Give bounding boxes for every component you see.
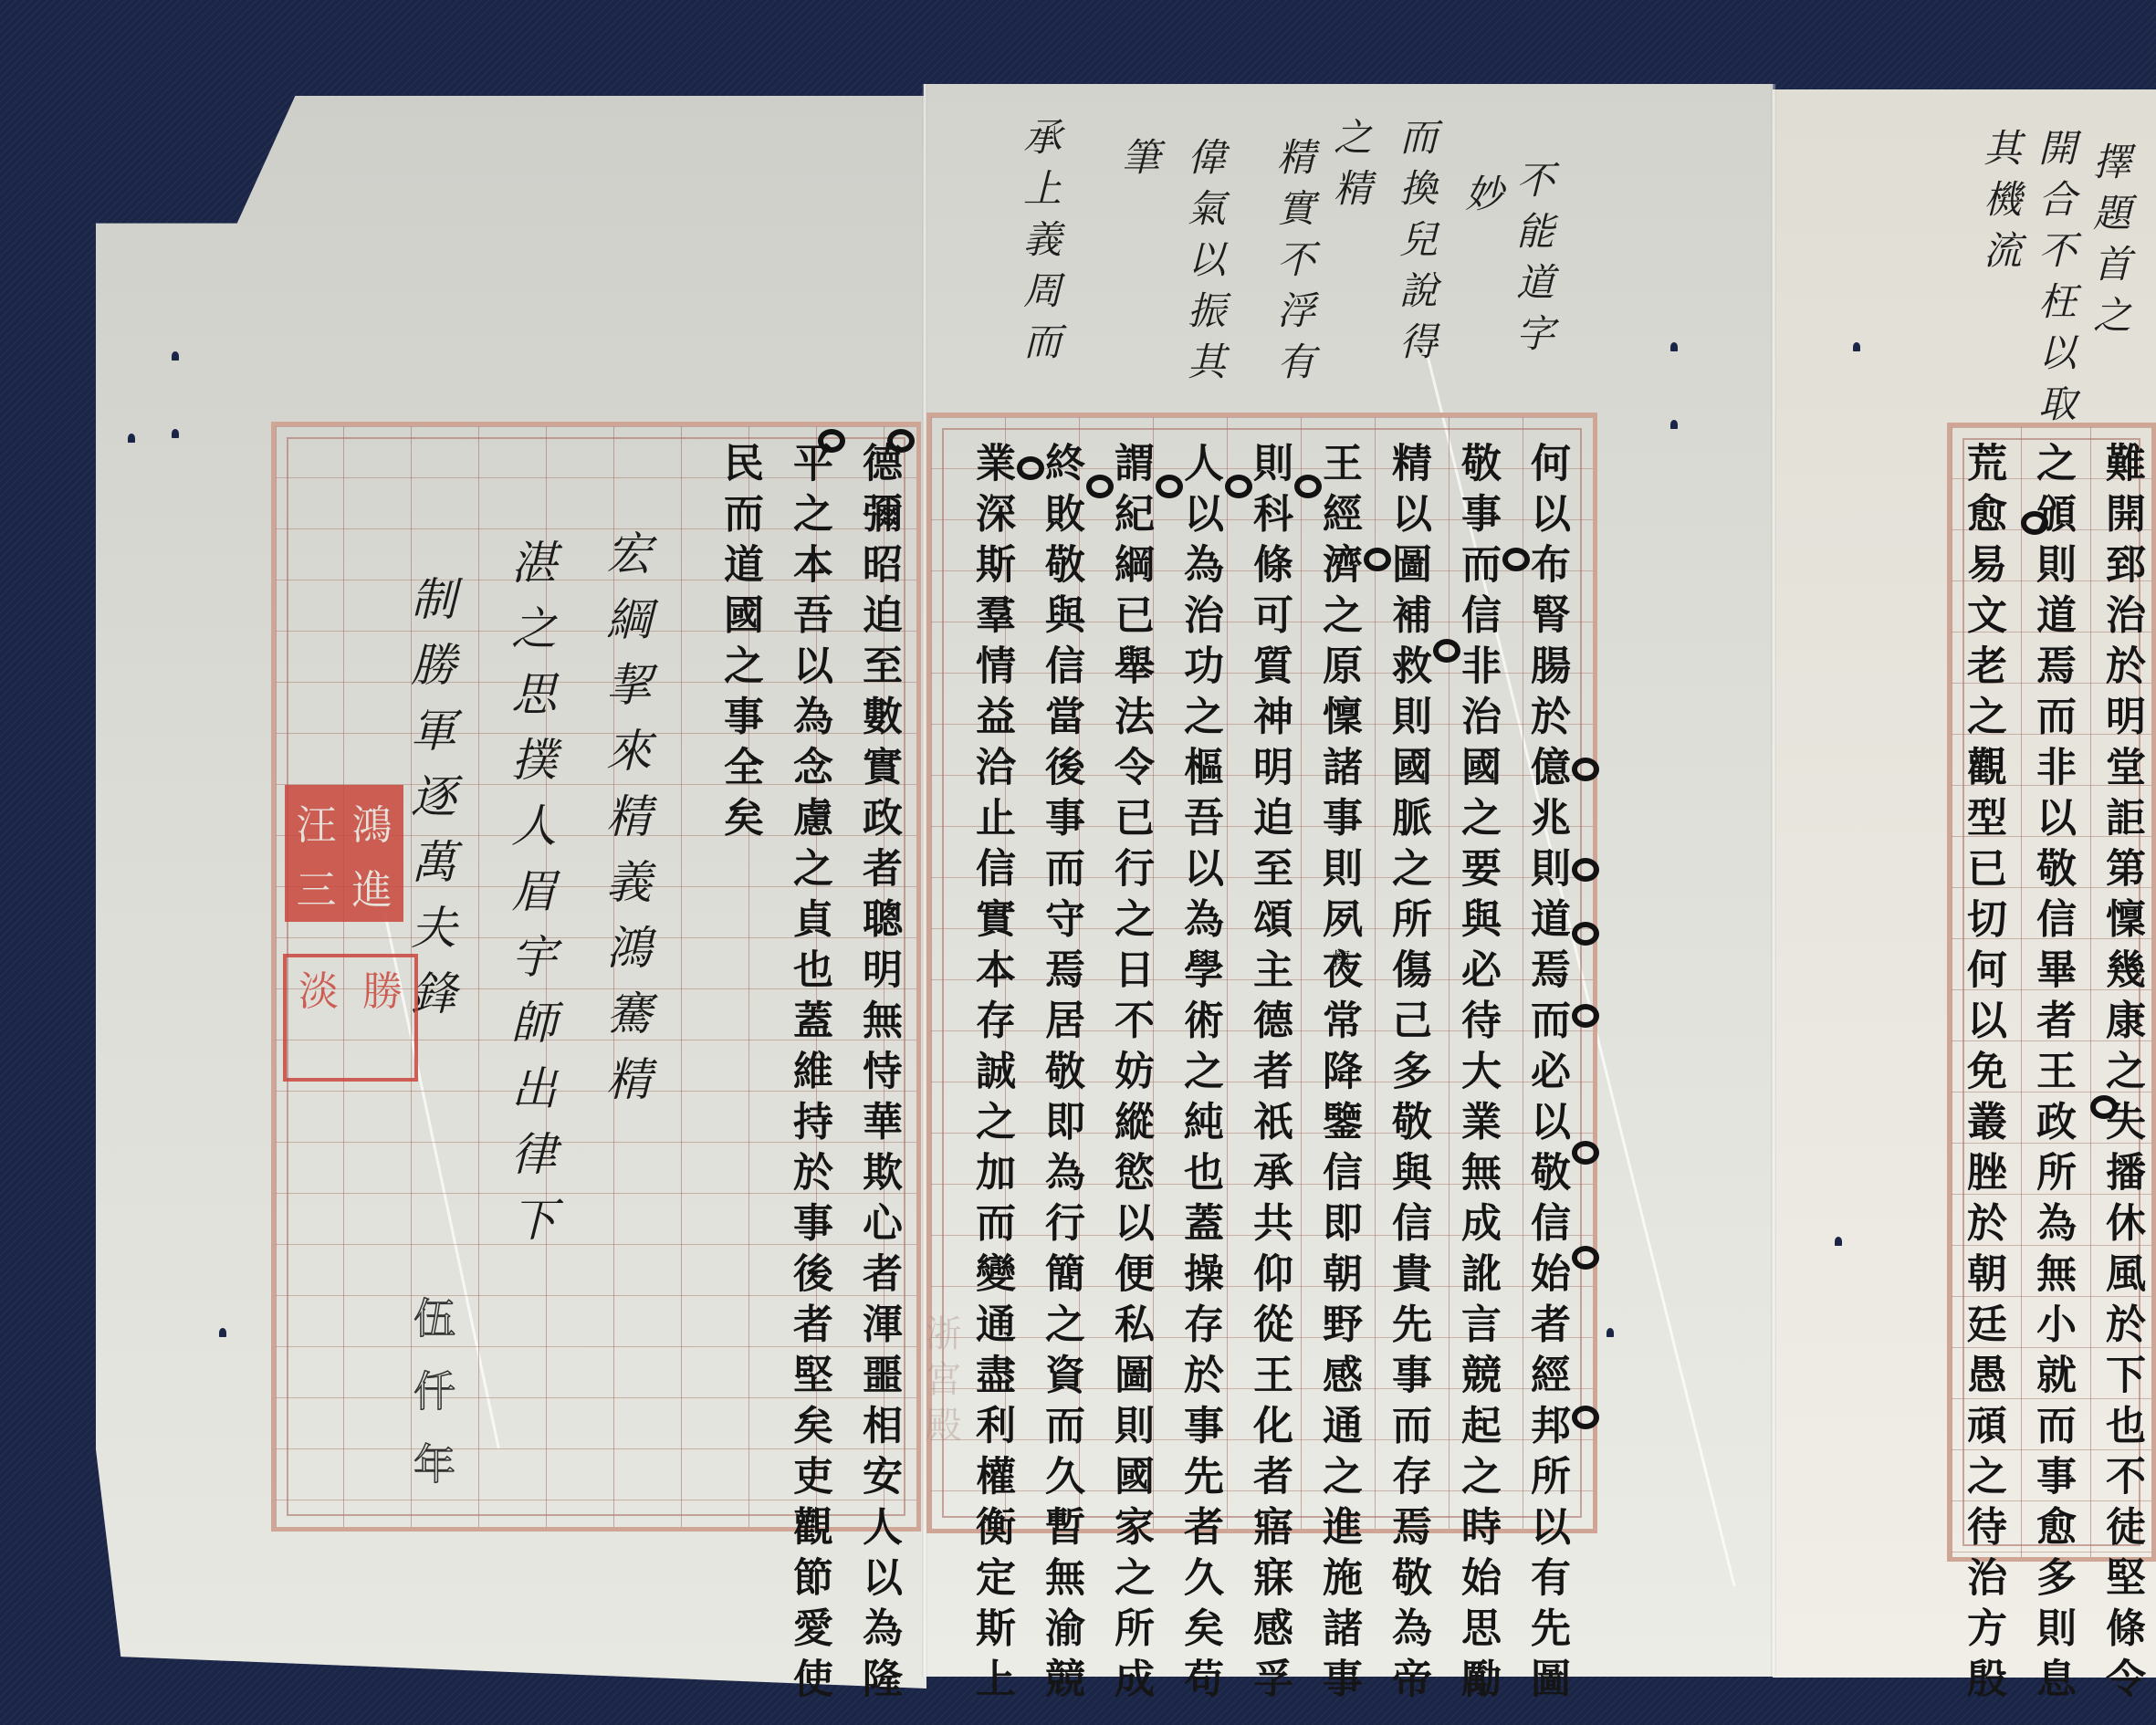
reviewer-note: 其機流 [1981, 128, 2019, 281]
reviewer-note: 擇題首之 [2090, 141, 2129, 346]
punctuation-circle [2021, 511, 2048, 535]
examiner-comment: 宏綱挈來精義鴻騫精 [602, 529, 648, 1121]
reviewer-note: 開合不枉以取 [2036, 128, 2074, 434]
essay-column: 則科條可質神明迫至頌主德者祇承共仰從王化者寤寐感孚 [1249, 442, 1289, 1709]
essay-column: 之頒則道焉而非以敬信畢者王政所為無小就而事愈多則息 [2032, 442, 2072, 1709]
punctuation-circle [1294, 475, 1322, 498]
punctuation-circle [1572, 1004, 1599, 1028]
worm-hole [172, 351, 179, 361]
punctuation-circle [1572, 1246, 1599, 1270]
reviewer-note: 偉氣以振其 [1185, 137, 1223, 392]
essay-column: 精以圖補救則國脈之所傷己多敬與信貴先事而存焉敬為帝 [1387, 442, 1428, 1709]
punctuation-circle [1572, 758, 1599, 781]
reviewer-note: 筆 [1119, 137, 1157, 188]
essay-column: 何以布腎腸於億兆則道焉而必以敬信始者經邦所以有先圖 [1526, 442, 1566, 1709]
worm-hole [128, 434, 135, 443]
interlinear-correction: 懷 [1331, 949, 1349, 978]
essay-column: 終敗敬與信當後事而守焉居敬即為行簡之資而久暫無渝競 [1041, 442, 1081, 1709]
punctuation-circle [818, 429, 845, 453]
essay-column: 謂紀綱已舉法令已行之日不妨縱慾以便私圖則國家之所成 [1110, 442, 1150, 1709]
page-fold-right [1771, 84, 1776, 1677]
punctuation-circle [1433, 639, 1460, 663]
punctuation-circle [1156, 475, 1183, 498]
seal-stamp: 汪 鴻 三 進 [285, 785, 403, 922]
punctuation-circle [1017, 456, 1044, 480]
punctuation-circle [1364, 548, 1391, 571]
essay-column: 平之本吾以為念慮之貞也蓋維持於事後者堅矣吏觀節愛使 [789, 442, 829, 1709]
punctuation-circle [2090, 1095, 2118, 1119]
reviewer-note: 而換兒說得 [1397, 117, 1435, 372]
reviewer-note: 妙 [1462, 173, 1501, 225]
punctuation-circle [1086, 475, 1114, 498]
worm-hole [1835, 1237, 1842, 1246]
essay-column: 王經濟之原懍諸事則夙夜常降鑒信即朝野感通之進施諸事 [1318, 442, 1358, 1709]
worm-hole [219, 1328, 226, 1337]
worm-hole [172, 429, 179, 438]
fold-stamp: 浙宮殿 [922, 1314, 958, 1451]
essay-column: 德彌昭迫至數實政者聰明無恃華欺心者渾噩相安人以為隆 [858, 442, 898, 1709]
reviewer-note: 承上義周而 [1020, 117, 1059, 372]
punctuation-circle [1572, 1406, 1599, 1429]
worm-hole [1607, 1328, 1614, 1337]
essay-column: 敬事而信非治國之要與必待大業無成訛言競起之時始思勵 [1457, 442, 1497, 1709]
essay-column: 人以為治功之樞吾以為學術之純也蓋操存於事先者久矣苟 [1179, 442, 1219, 1709]
essay-column: 荒愈易文老之觀型已切何以免叢脞於朝廷愚頑之待治方殷 [1962, 442, 2003, 1709]
punctuation-circle [1502, 548, 1530, 571]
essay-column: 業深斯羣情益洽止信實本存誠之加而變通盡利權衡定斯上 [971, 442, 1011, 1709]
worm-hole [1853, 342, 1860, 351]
examiner-comment: 湛之思撲人眉宇師出律下 [508, 538, 553, 1261]
essay-column: 民而道國之事全矣 [719, 442, 759, 847]
punctuation-circle [887, 429, 915, 453]
reviewer-note: 不能道字 [1513, 160, 1552, 364]
punctuation-circle [1225, 475, 1252, 498]
punctuation-circle [1572, 1141, 1599, 1165]
punctuation-circle [1572, 858, 1599, 882]
grade-mark: 伍仟年 [411, 1296, 453, 1515]
seal-stamp: 淡 勝 [283, 954, 418, 1082]
worm-hole [1670, 420, 1678, 429]
reviewer-note: 之精 [1331, 117, 1369, 219]
punctuation-circle [1572, 922, 1599, 946]
essay-column: 難開郅治於明堂詎第懍幾康之失播休風於下也不徒堅條令 [2101, 442, 2141, 1709]
reviewer-note: 精實不浮有 [1274, 137, 1313, 392]
worm-hole [1670, 342, 1678, 351]
